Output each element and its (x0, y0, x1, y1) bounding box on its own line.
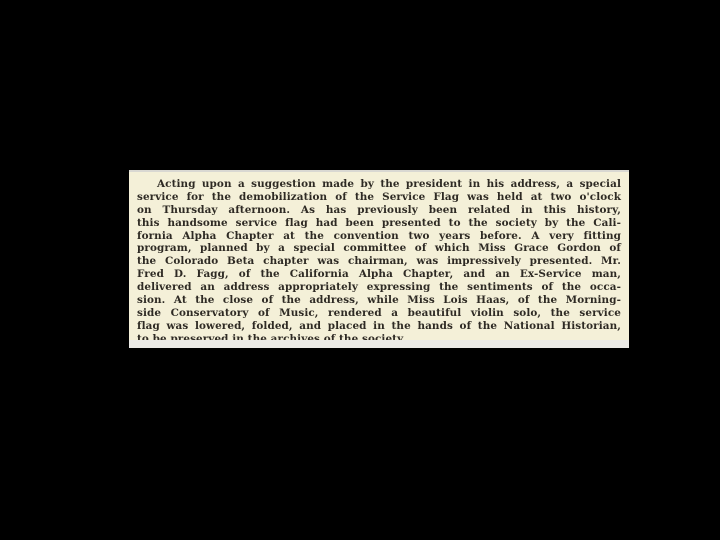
text-line: service for the demobilization of the Se… (137, 191, 621, 204)
text-line: side Conservatory of Music, rendered a b… (137, 307, 621, 320)
text-line: on Thursday afternoon. As has previously… (137, 204, 621, 217)
text-line: program, planned by a special committee … (137, 242, 621, 255)
text-line: Acting upon a suggestion made by the pre… (137, 178, 621, 191)
text-line: delivered an address appropriately expre… (137, 281, 621, 294)
text-line: fornia Alpha Chapter at the convention t… (137, 230, 621, 243)
text-line: this handsome service flag had been pres… (137, 217, 621, 230)
paper-edge (129, 340, 629, 348)
newspaper-clipping: Acting upon a suggestion made by the pre… (129, 170, 629, 348)
text-line: flag was lowered, folded, and placed in … (137, 320, 621, 333)
paragraph: Acting upon a suggestion made by the pre… (137, 178, 621, 346)
text-line: Fred D. Fagg, of the California Alpha Ch… (137, 268, 621, 281)
text-line: the Colorado Beta chapter was chairman, … (137, 255, 621, 268)
text-line: sion. At the close of the address, while… (137, 294, 621, 307)
